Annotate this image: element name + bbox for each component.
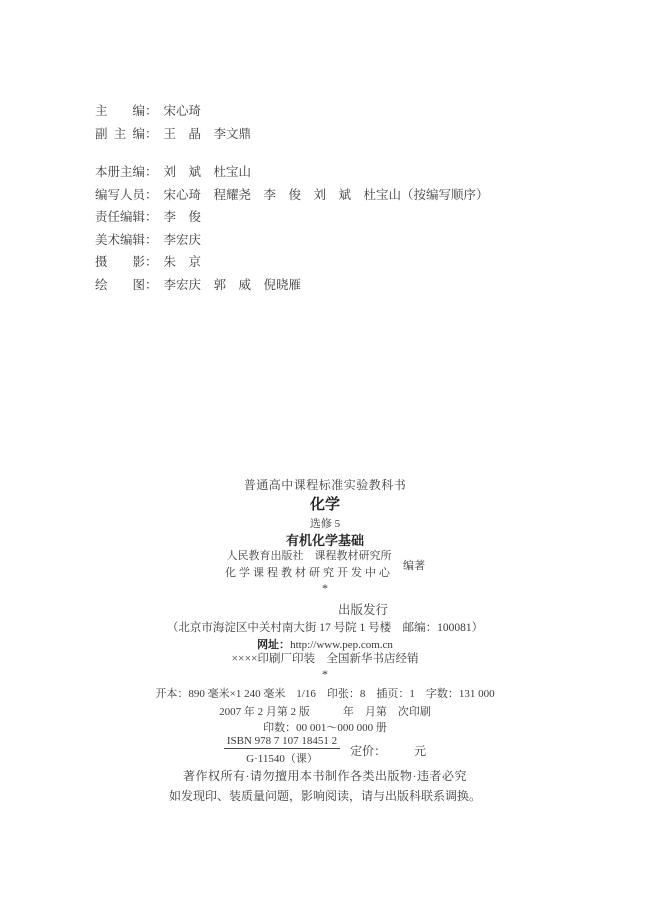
credits-names: 宋心琦 — [164, 104, 202, 118]
credits-colon: ： — [145, 278, 158, 292]
publisher-institute-line: 人民教育出版社 课程教材研究所 — [227, 550, 392, 562]
credits-row-volume-editor: 本册主编：刘 斌 杜宝山 — [95, 161, 489, 184]
print-run-line: 印数：00 001～000 000 册 — [0, 719, 650, 735]
credits-role-label: 绘图 — [95, 274, 145, 297]
book-title: 有机化学基础 — [0, 530, 650, 549]
quality-notice: 如发现印、装质量问题，影响阅读，请与出版科联系调换。 — [0, 787, 650, 804]
credits-row-art-editor: 美术编辑：李宏庆 — [95, 229, 489, 252]
publisher-role-label: 编著 — [403, 557, 425, 573]
publish-distribute-line: 出版发行 — [0, 600, 650, 618]
credits-colon: ： — [145, 233, 158, 247]
price-block: 定价：元 — [350, 742, 426, 759]
credits-row-responsible-editor: 责任编辑：李 俊 — [95, 206, 489, 229]
publisher-address: （北京市海淀区中关村南大街 17 号院 1 号楼 邮编：100081） — [0, 619, 650, 635]
credits-block: 主编：宋心琦 副主编：王 晶 李文鼎 本册主编：刘 斌 杜宝山 编写人员：宋心琦… — [95, 100, 489, 296]
series-title: 普通高中课程标准实验教科书 — [0, 476, 650, 493]
price-label: 定价： — [350, 744, 386, 758]
credits-names: 刘 斌 杜宝山 — [164, 165, 252, 179]
publisher-center-line: 化学课程教材研究开发中心 — [225, 567, 393, 579]
publisher-block: 人民教育出版社 课程教材研究所 化学课程教材研究开发中心 编著 — [0, 548, 650, 581]
credits-names: 宋心琦 程耀尧 李 俊 刘 斌 杜宝山（按编写顺序） — [164, 188, 489, 202]
credits-colon: ： — [145, 188, 158, 202]
credits-names: 李 俊 — [164, 210, 202, 224]
price-unit: 元 — [414, 744, 426, 758]
credits-role-label: 副主编 — [95, 123, 145, 146]
credits-row-chief-editor: 主编：宋心琦 — [95, 100, 489, 123]
isbn-block: ISBN 978 7 107 18451 2 G·11540（课） — [224, 735, 340, 766]
copyright-notice: 著作权所有·请勿擅用本书制作各类出版物·违者必究 — [0, 767, 650, 784]
printer-distributor-line: ××××印刷厂印装 全国新华书店经销 — [0, 650, 650, 666]
isbn-number: ISBN 978 7 107 18451 2 — [224, 735, 340, 749]
edition-line: 2007 年 2 月第 2 版 年 月第 次印刷 — [0, 703, 650, 719]
subject-title: 化学 — [0, 493, 650, 514]
module-label: 选修 5 — [0, 515, 650, 531]
divider-star: * — [0, 581, 650, 596]
isbn-price-line: ISBN 978 7 107 18451 2 G·11540（课） 定价：元 — [0, 735, 650, 766]
credits-role-label: 编写人员 — [95, 184, 145, 207]
credits-row-illustration: 绘图：李宏庆 郭 威 倪晓雁 — [95, 274, 489, 297]
credits-role-label: 摄影 — [95, 251, 145, 274]
credits-row-writers: 编写人员：宋心琦 程耀尧 李 俊 刘 斌 杜宝山（按编写顺序） — [95, 184, 489, 207]
divider-star: * — [0, 667, 650, 682]
credits-names: 李宏庆 郭 威 倪晓雁 — [164, 278, 302, 292]
credits-names: 朱 京 — [164, 255, 202, 269]
credits-role-label: 主编 — [95, 100, 145, 123]
book-copyright-page: 主编：宋心琦 副主编：王 晶 李文鼎 本册主编：刘 斌 杜宝山 编写人员：宋心琦… — [0, 0, 650, 911]
credits-row-deputy-editor: 副主编：王 晶 李文鼎 — [95, 123, 489, 146]
credits-colon: ： — [145, 210, 158, 224]
credits-row-photography: 摄影：朱 京 — [95, 251, 489, 274]
credits-role-label: 责任编辑 — [95, 206, 145, 229]
credits-colon: ： — [145, 255, 158, 269]
credits-role-label: 本册主编 — [95, 161, 145, 184]
credits-colon: ： — [145, 127, 158, 141]
credits-role-label: 美术编辑 — [95, 229, 145, 252]
credits-names: 王 晶 李文鼎 — [164, 127, 252, 141]
isbn-class-code: G·11540（课） — [224, 749, 340, 766]
format-specs-line: 开本：890 毫米×1 240 毫米 1/16 印张：8 插页：1 字数：131… — [0, 685, 650, 701]
credits-colon: ： — [145, 165, 158, 179]
credits-names: 李宏庆 — [164, 233, 202, 247]
credits-colon: ： — [145, 104, 158, 118]
